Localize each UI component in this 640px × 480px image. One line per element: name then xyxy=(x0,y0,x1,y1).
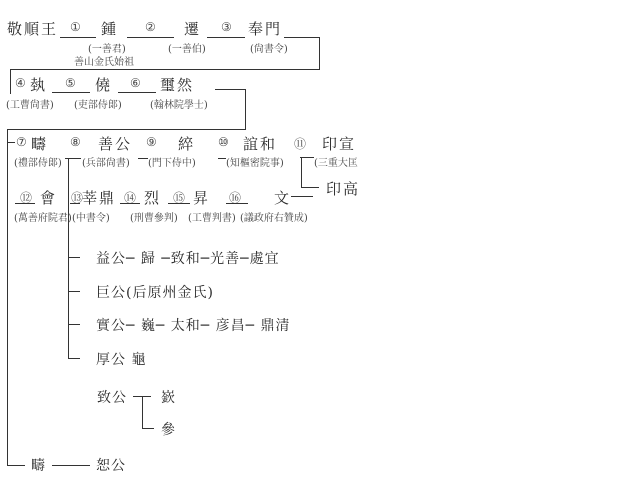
connector-line xyxy=(142,428,154,429)
person-title: (議政府右贊成) xyxy=(240,209,308,224)
connector-line xyxy=(60,37,96,38)
connector-line xyxy=(15,203,35,204)
connector-line xyxy=(207,37,245,38)
person-name: 遷 xyxy=(184,18,201,39)
connector-line xyxy=(68,358,80,359)
gen-number: ⑪ xyxy=(294,135,306,152)
connector-line xyxy=(10,69,11,94)
connector-line xyxy=(68,158,69,358)
connector-line xyxy=(301,187,319,188)
connector-line xyxy=(7,129,246,130)
connector-line xyxy=(7,129,8,465)
person-name: 鍾 xyxy=(101,18,118,39)
person-name: 疇 xyxy=(31,455,46,475)
person-name: 璽然 xyxy=(160,74,194,95)
gen-number: ⑤ xyxy=(65,76,76,90)
connector-line xyxy=(10,69,320,70)
person-name: 奉門 xyxy=(248,18,282,39)
gen-number: ⑦ xyxy=(16,135,27,149)
person-name: 嶔 xyxy=(161,387,176,407)
person-name: 恕公 xyxy=(96,455,126,475)
branch-line: 益公─ 歸 ─致和─光善─處宜 xyxy=(96,248,280,268)
person-title: (吏部侍郞) xyxy=(74,96,122,111)
person-name: 疇 xyxy=(31,133,48,154)
connector-line xyxy=(218,158,226,159)
person-name: 誼和 xyxy=(243,133,277,154)
person-root: 敬順王 xyxy=(7,18,58,39)
person-name: 綷 xyxy=(178,133,195,154)
connector-line xyxy=(319,37,320,70)
person-name: 致公 xyxy=(97,387,127,407)
person-name: 印宣 xyxy=(322,133,356,154)
person-name: 會 xyxy=(40,187,57,208)
connector-line xyxy=(68,291,80,292)
connector-line xyxy=(142,396,143,428)
person-title: (中書令) xyxy=(72,209,110,224)
person-title: (一善伯) xyxy=(168,40,206,55)
connector-line xyxy=(168,203,190,204)
person-title: (知樞密院事) xyxy=(226,154,284,169)
person-name: 莘鼎 xyxy=(82,187,116,208)
gen-number: ⑧ xyxy=(70,135,81,149)
connector-line xyxy=(284,37,320,38)
gen-number: ⑨ xyxy=(146,135,157,149)
person-title: (門下侍中) xyxy=(148,154,196,169)
person-title: (工曹判書) xyxy=(188,209,236,224)
gen-number: ⑩ xyxy=(218,135,229,149)
connector-line xyxy=(245,89,246,129)
founder-note: 善山金氏始祖 xyxy=(74,53,134,68)
connector-line xyxy=(7,142,15,143)
connector-line xyxy=(52,92,90,93)
gen-number: ④ xyxy=(15,76,26,90)
person-name: 昇 xyxy=(193,187,210,208)
person-title: (萬善府院君) xyxy=(14,209,72,224)
person-name: 烈 xyxy=(144,187,161,208)
gen-number: ② xyxy=(145,20,156,34)
person-title: (禮部侍郞) xyxy=(14,154,62,169)
connector-line xyxy=(127,37,174,38)
connector-line xyxy=(52,465,90,466)
gen-number: ① xyxy=(70,20,81,34)
person-name: 善公 xyxy=(98,133,132,154)
branch-line: 實公─ 巍─ 太和─ 彦昌─ 鼎清 xyxy=(96,315,291,335)
gen-number: ③ xyxy=(221,20,232,34)
connector-line xyxy=(120,203,140,204)
connector-line xyxy=(300,157,314,158)
person-name: 僥 xyxy=(95,74,112,95)
connector-line xyxy=(138,158,148,159)
person-name: 文 xyxy=(274,187,291,208)
connector-line xyxy=(118,92,156,93)
person-title: (三重大匡 xyxy=(314,154,358,169)
person-name: 埶 xyxy=(30,74,47,95)
person-name: 參 xyxy=(161,419,176,439)
person-name: 印高 xyxy=(326,178,360,199)
connector-line xyxy=(301,157,302,187)
connector-line xyxy=(215,89,246,90)
connector-line xyxy=(291,196,313,197)
person-title: (刑曹參判) xyxy=(130,209,178,224)
connector-line xyxy=(7,465,25,466)
person-title: (尙書令) xyxy=(250,40,288,55)
person-title: (工曹尙書) xyxy=(6,96,54,111)
connector-line xyxy=(68,324,80,325)
connector-line xyxy=(68,257,80,258)
connector-line xyxy=(70,203,80,204)
gen-number: ⑥ xyxy=(130,76,141,90)
person-title: (兵部尙書) xyxy=(82,154,130,169)
branch-line: 巨公(后原州金氏) xyxy=(96,282,214,302)
person-title: (翰林院學士) xyxy=(150,96,208,111)
branch-line: 厚公 龜 xyxy=(96,349,146,369)
connector-line xyxy=(226,203,248,204)
